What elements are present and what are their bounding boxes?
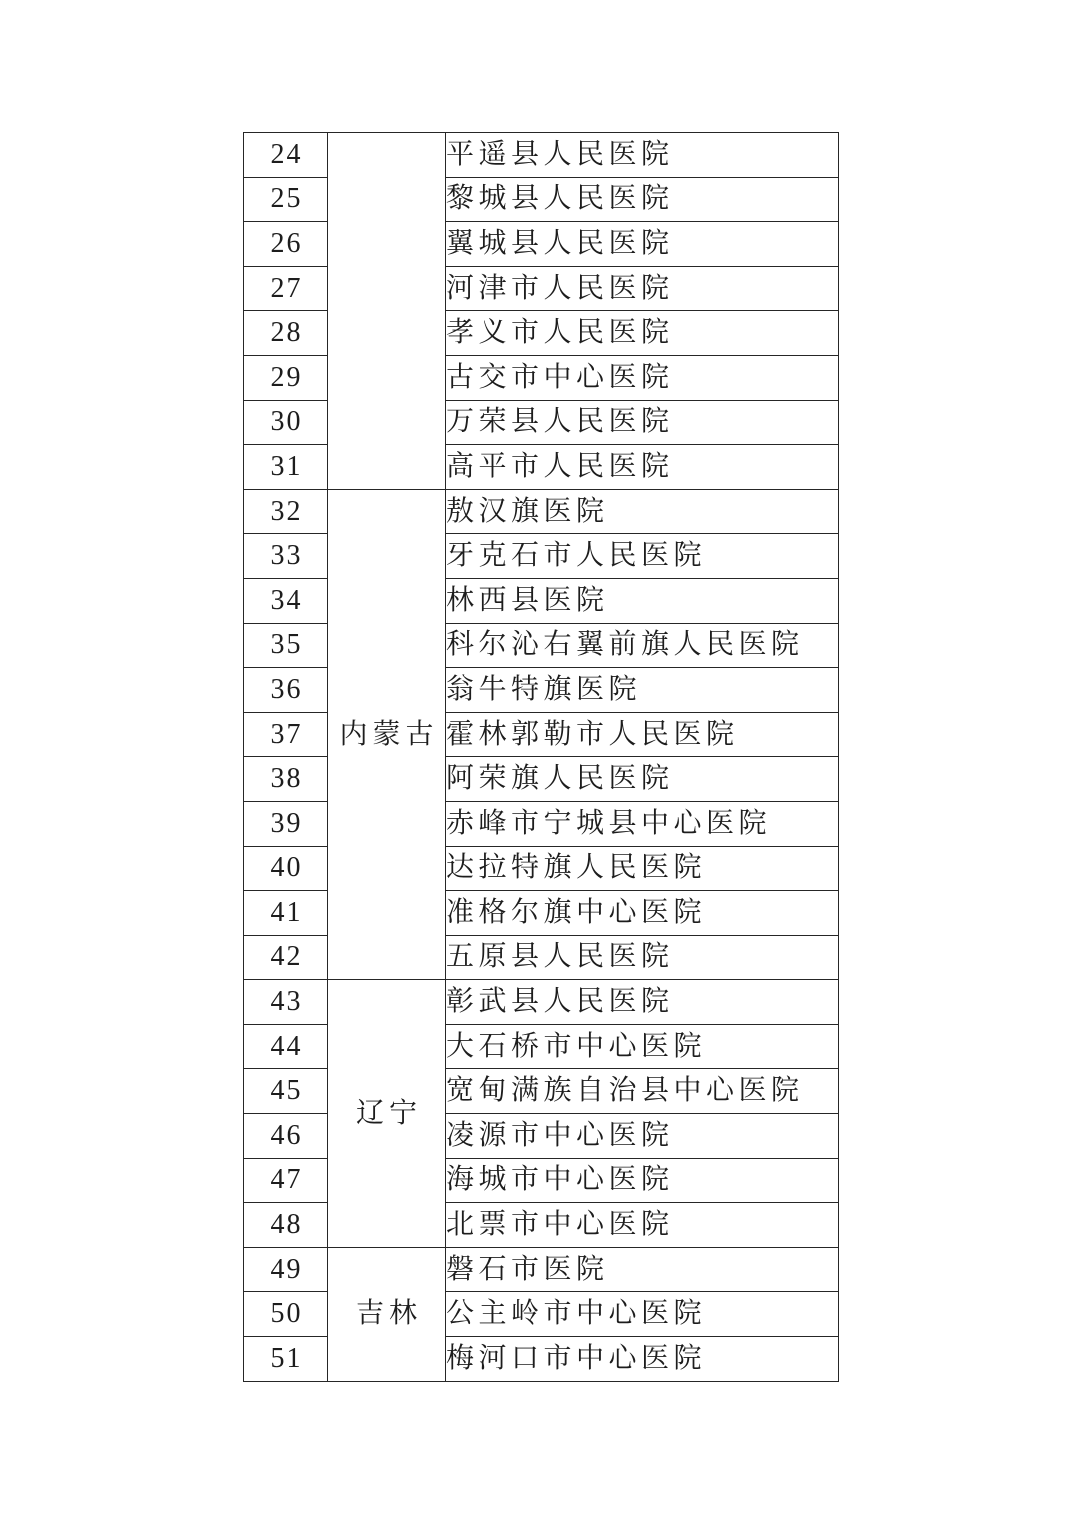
row-number-cell: 28 <box>244 311 328 356</box>
row-number-cell: 29 <box>244 355 328 400</box>
row-number-cell: 45 <box>244 1069 328 1114</box>
hospital-name-cell: 宽甸满族自治县中心医院 <box>446 1069 839 1114</box>
hospital-name-cell: 海城市中心医院 <box>446 1158 839 1203</box>
province-cell: 吉林 <box>328 1247 446 1381</box>
hospital-name-cell: 达拉特旗人民医院 <box>446 846 839 891</box>
hospital-name-cell: 河津市人民医院 <box>446 266 839 311</box>
hospital-name-cell: 阿荣旗人民医院 <box>446 757 839 802</box>
province-cell <box>328 133 446 490</box>
row-number-cell: 51 <box>244 1337 328 1382</box>
row-number-cell: 39 <box>244 801 328 846</box>
hospital-name-cell: 平遥县人民医院 <box>446 133 839 178</box>
table-row: 49 吉林 磐石市医院 <box>244 1247 839 1292</box>
hospital-name-cell: 赤峰市宁城县中心医院 <box>446 801 839 846</box>
hospital-name-cell: 翁牛特旗医院 <box>446 668 839 713</box>
hospital-name-cell: 北票市中心医院 <box>446 1203 839 1248</box>
row-number-cell: 44 <box>244 1024 328 1069</box>
hospital-name-cell: 高平市人民医院 <box>446 445 839 490</box>
hospital-name-cell: 大石桥市中心医院 <box>446 1024 839 1069</box>
province-cell: 内蒙古 <box>328 489 446 980</box>
table-row: 43 辽宁 彰武县人民医院 <box>244 980 839 1025</box>
row-number-cell: 36 <box>244 668 328 713</box>
hospital-name-cell: 敖汉旗医院 <box>446 489 839 534</box>
hospital-name-cell: 公主岭市中心医院 <box>446 1292 839 1337</box>
row-number-cell: 24 <box>244 133 328 178</box>
row-number-cell: 40 <box>244 846 328 891</box>
hospital-name-cell: 磐石市医院 <box>446 1247 839 1292</box>
row-number-cell: 34 <box>244 578 328 623</box>
row-number-cell: 43 <box>244 980 328 1025</box>
row-number-cell: 30 <box>244 400 328 445</box>
hospital-name-cell: 五原县人民医院 <box>446 935 839 980</box>
row-number-cell: 26 <box>244 222 328 267</box>
hospital-name-cell: 翼城县人民医院 <box>446 222 839 267</box>
row-number-cell: 25 <box>244 177 328 222</box>
hospital-name-cell: 万荣县人民医院 <box>446 400 839 445</box>
row-number-cell: 31 <box>244 445 328 490</box>
hospital-name-cell: 牙克石市人民医院 <box>446 534 839 579</box>
row-number-cell: 32 <box>244 489 328 534</box>
hospital-name-cell: 林西县医院 <box>446 578 839 623</box>
row-number-cell: 46 <box>244 1114 328 1159</box>
row-number-cell: 35 <box>244 623 328 668</box>
row-number-cell: 33 <box>244 534 328 579</box>
table-row: 24 平遥县人民医院 <box>244 133 839 178</box>
hospital-name-cell: 梅河口市中心医院 <box>446 1337 839 1382</box>
hospital-name-cell: 霍林郭勒市人民医院 <box>446 712 839 757</box>
hospital-name-cell: 科尔沁右翼前旗人民医院 <box>446 623 839 668</box>
document-page: 24 平遥县人民医院 25 黎城县人民医院 26 翼城县人民医院 27 河津市人… <box>0 0 1080 1527</box>
row-number-cell: 27 <box>244 266 328 311</box>
hospital-table: 24 平遥县人民医院 25 黎城县人民医院 26 翼城县人民医院 27 河津市人… <box>243 132 839 1382</box>
row-number-cell: 42 <box>244 935 328 980</box>
hospital-name-cell: 凌源市中心医院 <box>446 1114 839 1159</box>
hospital-name-cell: 古交市中心医院 <box>446 355 839 400</box>
row-number-cell: 47 <box>244 1158 328 1203</box>
row-number-cell: 48 <box>244 1203 328 1248</box>
hospital-name-cell: 彰武县人民医院 <box>446 980 839 1025</box>
row-number-cell: 41 <box>244 891 328 936</box>
row-number-cell: 50 <box>244 1292 328 1337</box>
row-number-cell: 49 <box>244 1247 328 1292</box>
hospital-name-cell: 孝义市人民医院 <box>446 311 839 356</box>
row-number-cell: 38 <box>244 757 328 802</box>
hospital-name-cell: 准格尔旗中心医院 <box>446 891 839 936</box>
hospital-name-cell: 黎城县人民医院 <box>446 177 839 222</box>
row-number-cell: 37 <box>244 712 328 757</box>
province-cell: 辽宁 <box>328 980 446 1248</box>
table-row: 32 内蒙古 敖汉旗医院 <box>244 489 839 534</box>
